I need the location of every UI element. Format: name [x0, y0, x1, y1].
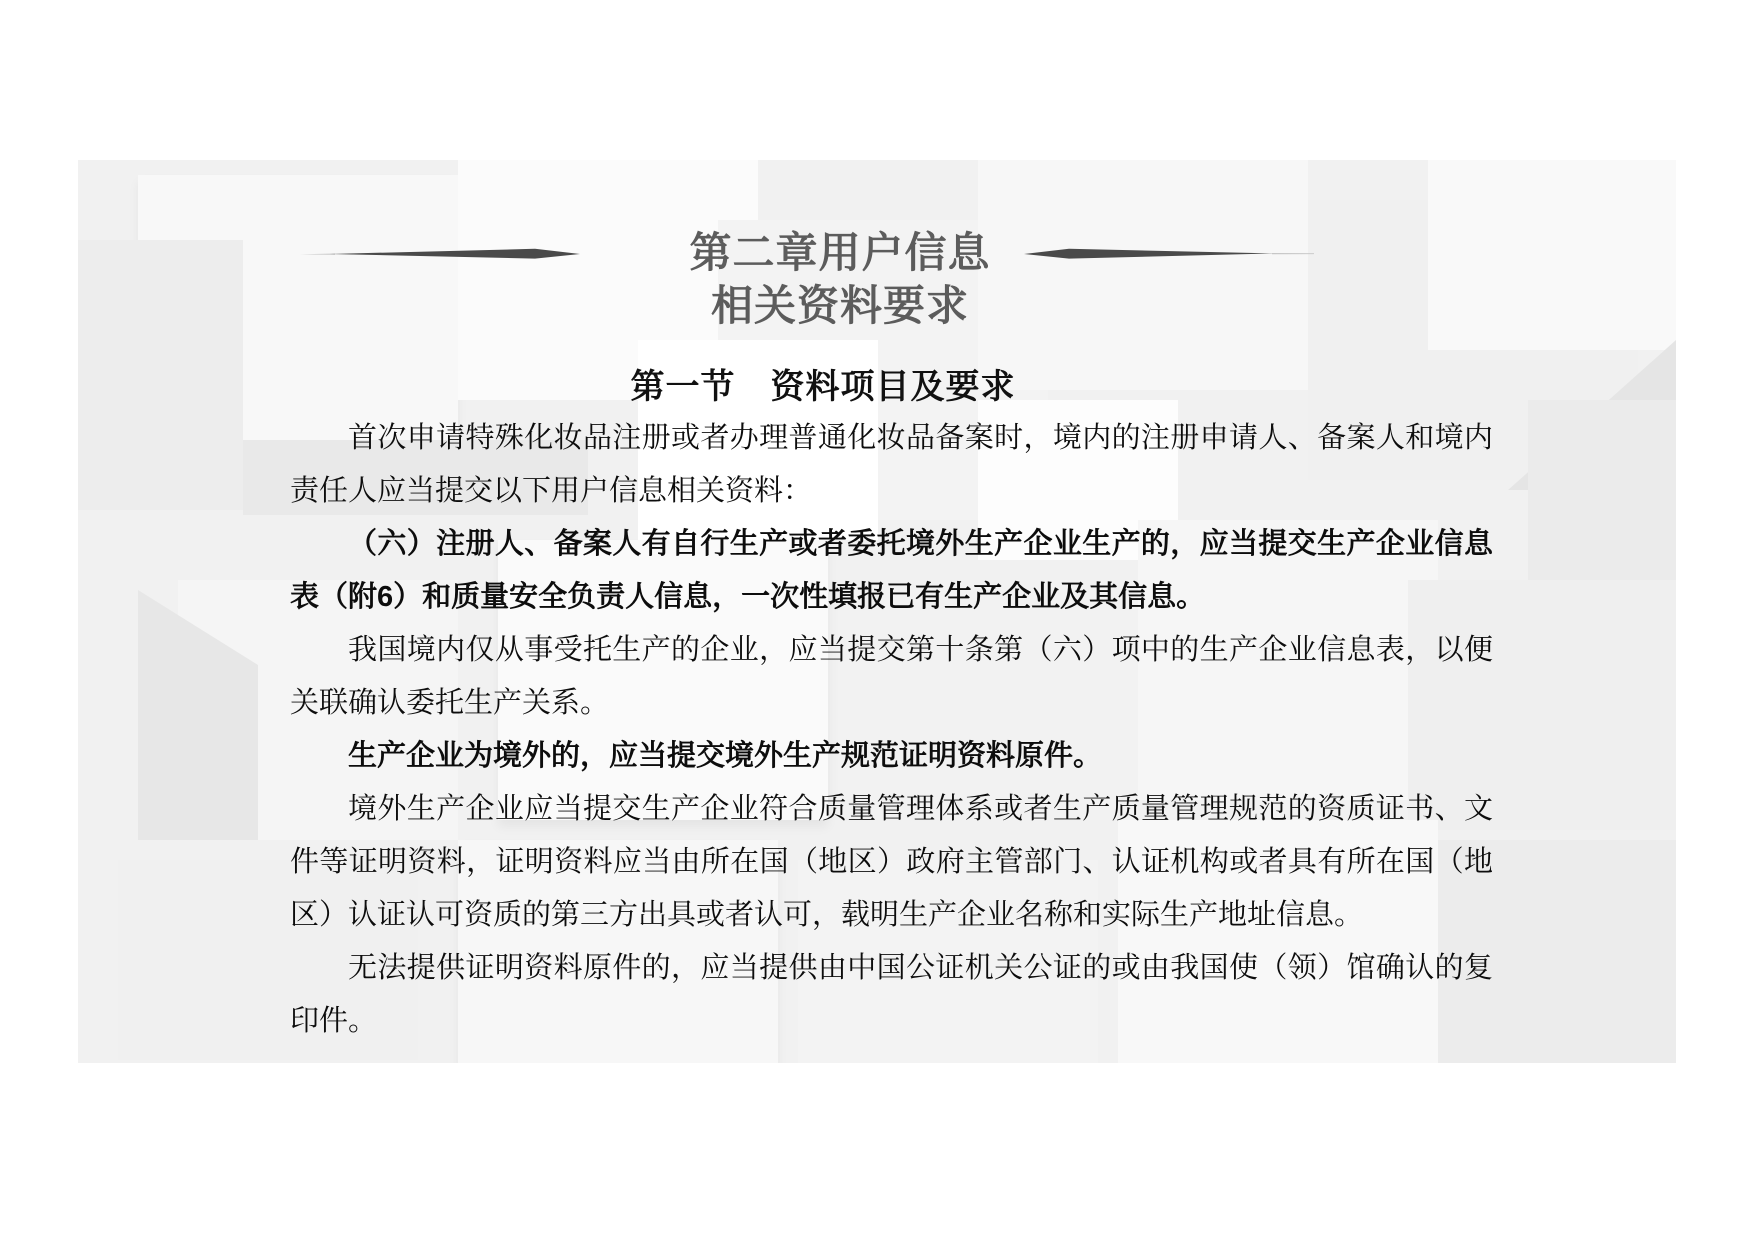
chapter-title-line1: 第二章用户信息	[78, 226, 1639, 279]
paragraph: 生产企业为境外的，应当提交境外生产规范证明资料原件。	[290, 730, 1493, 783]
section-heading: 第一节 资料项目及要求	[78, 359, 1622, 408]
paragraph: 境外生产企业应当提交生产企业符合质量管理体系或者生产质量管理规范的资质证书、文件…	[290, 783, 1493, 942]
chapter-title-line2: 相关资料要求	[78, 279, 1639, 332]
body-text: 首次申请特殊化妆品注册或者办理普通化妆品备案时，境内的注册申请人、备案人和境内责…	[290, 412, 1493, 1048]
slide-page: 第二章用户信息 相关资料要求 第一节 资料项目及要求 首次申请特殊化妆品注册或者…	[0, 0, 1755, 1240]
paragraph: 无法提供证明资料原件的，应当提供由中国公证机关公证的或由我国使（领）馆确认的复印…	[290, 942, 1493, 1048]
paragraph: 首次申请特殊化妆品注册或者办理普通化妆品备案时，境内的注册申请人、备案人和境内责…	[290, 412, 1493, 518]
paragraph: 我国境内仅从事受托生产的企业，应当提交第十条第（六）项中的生产企业信息表，以便关…	[290, 624, 1493, 730]
chapter-title: 第二章用户信息 相关资料要求	[78, 226, 1639, 332]
slide-panel: 第二章用户信息 相关资料要求 第一节 资料项目及要求 首次申请特殊化妆品注册或者…	[78, 160, 1676, 1063]
paragraph: （六）注册人、备案人有自行生产或者委托境外生产企业生产的，应当提交生产企业信息表…	[290, 518, 1493, 624]
title-divider-right-icon	[1024, 246, 1314, 262]
